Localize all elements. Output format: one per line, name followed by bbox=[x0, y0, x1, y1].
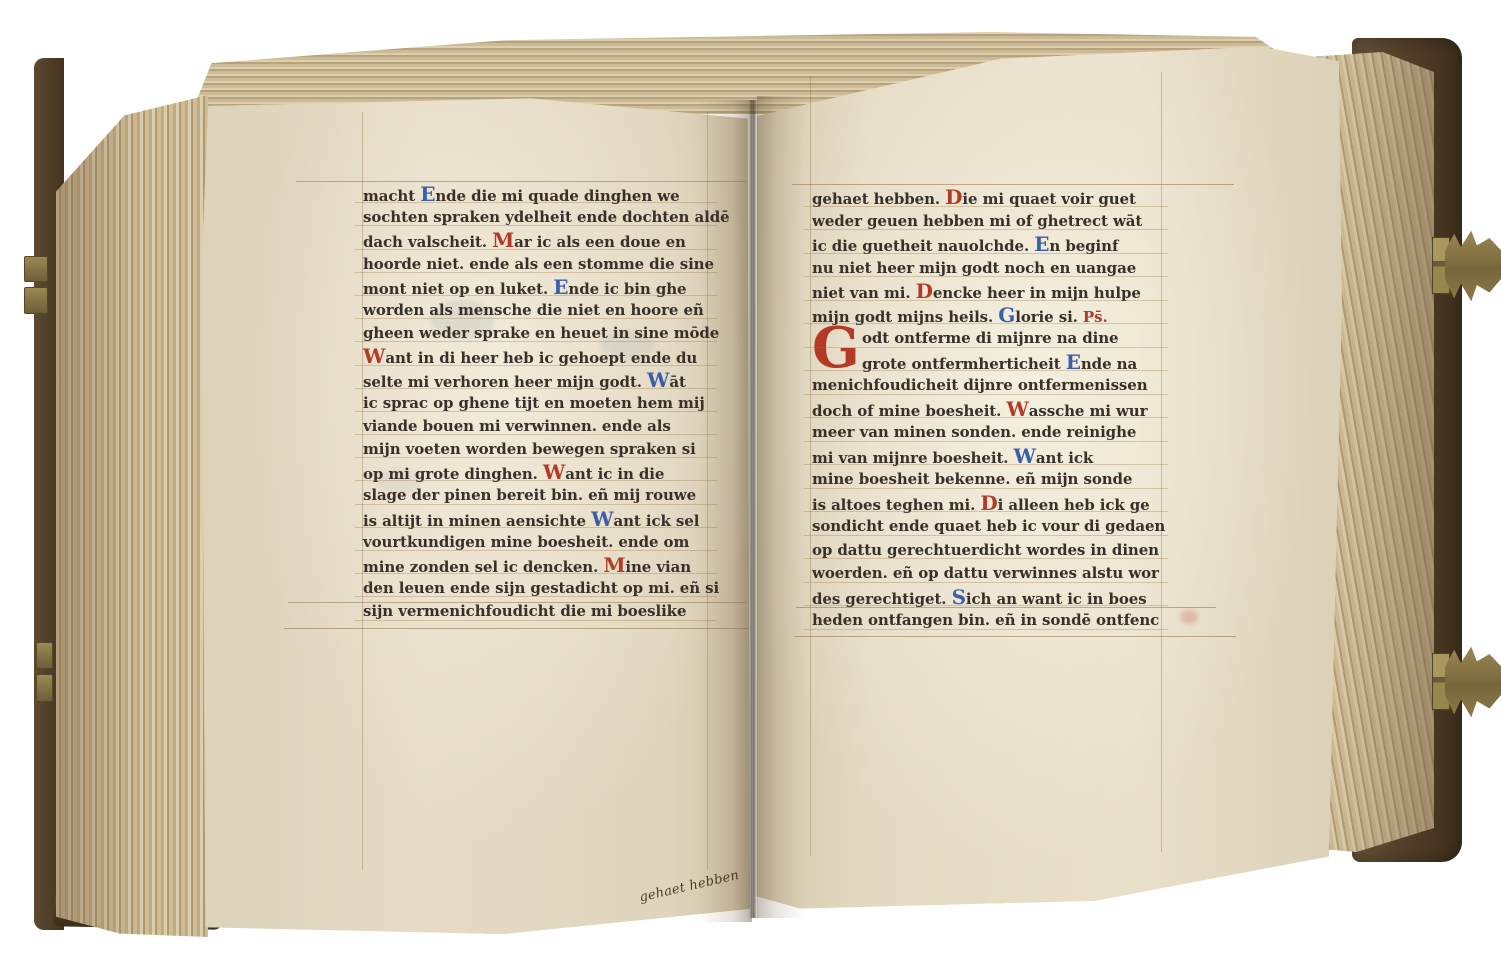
text-line: meer van minen sonden. ende reinighe bbox=[812, 421, 1164, 445]
initial-letter: M bbox=[492, 228, 514, 252]
initial-letter: G bbox=[998, 303, 1015, 327]
text-segment: doch of mine boesheit. bbox=[812, 402, 1006, 420]
text-segment: vourtkundigen mine boesheit. ende om bbox=[363, 533, 689, 551]
text-segment: grote ontfermherticheit bbox=[862, 355, 1066, 373]
text-line: dach valscheit. Mar ic als een doue en bbox=[363, 229, 713, 252]
text-segment: nu niet heer mijn godt noch en uangae bbox=[812, 259, 1136, 277]
initial-letter: M bbox=[603, 553, 625, 577]
text-segment: lorie si. bbox=[1015, 308, 1083, 326]
text-segment: nde die mi quade dinghen we bbox=[435, 187, 679, 205]
text-segment: macht bbox=[363, 187, 420, 205]
text-segment: assche mi wur bbox=[1029, 402, 1148, 420]
initial-letter: D bbox=[916, 279, 933, 303]
text-line: slage der pinen bereit bin. eñ mij rouwe bbox=[363, 484, 713, 507]
text-segment: Ps̄. bbox=[1083, 308, 1108, 326]
text-segment: ant ick sel bbox=[613, 512, 699, 530]
clasp-bottom-right bbox=[1432, 642, 1501, 722]
initial-letter: E bbox=[1034, 232, 1049, 256]
catch-tab bbox=[24, 287, 48, 314]
left-page-text: macht Ende die mi quade dinghen wesochte… bbox=[363, 183, 713, 624]
text-segment: ant ic in die bbox=[565, 465, 664, 483]
text-line: ic sprac op ghene tijt en moeten hem mij bbox=[363, 392, 713, 415]
left-fore-edge-pages bbox=[56, 90, 208, 937]
text-line: hoorde niet. ende als een stomme die sin… bbox=[363, 253, 713, 276]
text-segment: nde na bbox=[1081, 355, 1137, 373]
text-line: mine boesheit bekenne. eñ mijn sonde bbox=[812, 468, 1164, 492]
catch-tab bbox=[36, 674, 53, 702]
gutter-shadow-right bbox=[757, 96, 805, 918]
text-line: ic die guetheit nauolchde. En beginf bbox=[812, 233, 1164, 257]
text-line: weder geuen hebben mi of ghetrect wāt bbox=[812, 210, 1164, 234]
text-segment: i alleen heb ick ge bbox=[998, 496, 1150, 514]
text-segment: ic die guetheit nauolchde. bbox=[812, 237, 1034, 255]
text-segment: nde ic bin ghe bbox=[568, 280, 686, 298]
clasp-catch-left-upper bbox=[24, 256, 46, 314]
text-segment: is altoes teghen mi. bbox=[812, 496, 980, 514]
text-segment: op mi grote dinghen. bbox=[363, 465, 543, 483]
text-line: mi van mijnre boesheit. Want ick bbox=[812, 445, 1164, 469]
text-segment: worden als mensche die niet en hoore eñ bbox=[363, 301, 704, 319]
ruling-line bbox=[284, 628, 748, 629]
text-segment: is altijt in minen aensichte bbox=[363, 512, 591, 530]
text-segment: gehaet hebben. bbox=[812, 190, 945, 208]
text-line: Want in di heer heb ic gehoept ende du bbox=[363, 345, 713, 368]
ruling-line bbox=[792, 184, 1234, 185]
ruling-line bbox=[810, 76, 811, 856]
text-segment: slage der pinen bereit bin. eñ mij rouwe bbox=[363, 486, 696, 504]
text-segment: ie mi quaet voir guet bbox=[962, 190, 1135, 208]
text-line: is altoes teghen mi. Di alleen heb ick g… bbox=[812, 492, 1164, 516]
initial-letter: D bbox=[980, 491, 997, 515]
text-segment: mine zonden sel ic dencken. bbox=[363, 558, 603, 576]
clasp-top-right bbox=[1432, 226, 1501, 306]
initial-letter: W bbox=[1006, 397, 1028, 421]
initial-letter: W bbox=[543, 460, 565, 484]
catch-tab bbox=[24, 256, 48, 282]
text-line: mijn godt mijns heils. Glorie si. Ps̄. bbox=[812, 304, 1164, 328]
text-segment: heden ontfangen bin. eñ in sondē ontfenc bbox=[812, 611, 1159, 629]
text-line: menichfoudicheit dijnre ontfermenissen bbox=[812, 374, 1164, 398]
text-segment: ant in di heer heb ic gehoept ende du bbox=[385, 349, 697, 367]
text-segment: menichfoudicheit dijnre ontfermenissen bbox=[812, 376, 1148, 394]
text-segment: des gerechtiget. bbox=[812, 590, 952, 608]
text-line: des gerechtiget. Sich an want ic in boes bbox=[812, 586, 1164, 610]
text-line: heden ontfangen bin. eñ in sondē ontfenc bbox=[812, 609, 1164, 633]
text-segment: mine boesheit bekenne. eñ mijn sonde bbox=[812, 470, 1132, 488]
initial-letter: W bbox=[363, 344, 385, 368]
text-segment: mijn voeten worden bewegen spraken si bbox=[363, 440, 696, 458]
text-line: macht Ende die mi quade dinghen we bbox=[363, 183, 713, 206]
text-segment: ar ic als een doue en bbox=[514, 233, 686, 251]
clasp-catch-left-lower bbox=[36, 642, 51, 702]
catch-tab bbox=[36, 642, 53, 669]
text-line: vourtkundigen mine boesheit. ende om bbox=[363, 531, 713, 554]
text-segment: viande bouen mi verwinnen. ende als bbox=[363, 417, 671, 435]
text-segment: dach valscheit. bbox=[363, 233, 492, 251]
text-segment: mont niet op en luket. bbox=[363, 280, 553, 298]
text-segment: selte mi verhoren heer mijn godt. bbox=[363, 373, 647, 391]
text-line: niet van mi. Dencke heer in mijn hulpe bbox=[812, 280, 1164, 304]
text-line: sijn vermenichfoudicht die mi boeslike bbox=[363, 600, 713, 623]
initial-letter: W bbox=[1014, 444, 1036, 468]
text-segment: ic sprac op ghene tijt en moeten hem mij bbox=[363, 394, 705, 412]
text-line: mont niet op en luket. Ende ic bin ghe bbox=[363, 276, 713, 299]
initial-letter: E bbox=[420, 182, 435, 206]
text-segment: odt ontferme di mijnre na dine bbox=[862, 329, 1118, 347]
initial-letter: W bbox=[591, 507, 613, 531]
text-segment: sochten spraken ydelheit ende dochten al… bbox=[363, 208, 730, 226]
text-line: sondicht ende quaet heb ic vour di gedae… bbox=[812, 515, 1164, 539]
manuscript-photo: { "book": { "description_colors": { "ink… bbox=[0, 0, 1501, 976]
initial-letter: W bbox=[647, 368, 669, 392]
text-segment: ine vian bbox=[625, 558, 691, 576]
text-segment: meer van minen sonden. ende reinighe bbox=[812, 423, 1136, 441]
text-line: mijn voeten worden bewegen spraken si bbox=[363, 438, 713, 461]
ruling-line bbox=[296, 181, 746, 182]
text-line: op dattu gerechtuerdicht wordes in dinen bbox=[812, 539, 1164, 563]
text-segment: op dattu gerechtuerdicht wordes in dinen bbox=[812, 541, 1159, 559]
clasp-strap bbox=[1445, 645, 1501, 719]
clasp-strap bbox=[1445, 229, 1501, 303]
text-segment: niet van mi. bbox=[812, 284, 916, 302]
text-segment: āt bbox=[669, 373, 685, 391]
text-segment: n beginf bbox=[1049, 237, 1118, 255]
text-segment: ich an want ic in boes bbox=[966, 590, 1147, 608]
text-segment: woerden. eñ op dattu verwinnes alstu wor bbox=[812, 564, 1159, 582]
text-line: gheen weder sprake en heuet in sine mōde bbox=[363, 322, 713, 345]
text-line: Godt ontferme di mijnre na dine bbox=[812, 327, 1164, 351]
text-segment: weder geuen hebben mi of ghetrect wāt bbox=[812, 212, 1142, 230]
initial-letter: E bbox=[553, 275, 568, 299]
text-segment: sijn vermenichfoudicht die mi boeslike bbox=[363, 602, 686, 620]
text-line: is altijt in minen aensichte Want ick se… bbox=[363, 508, 713, 531]
text-segment: mi van mijnre boesheit. bbox=[812, 449, 1014, 467]
initial-letter: E bbox=[1066, 350, 1081, 374]
ruling-line bbox=[794, 636, 1236, 637]
text-line: woerden. eñ op dattu verwinnes alstu wor bbox=[812, 562, 1164, 586]
text-line: mine zonden sel ic dencken. Mine vian bbox=[363, 554, 713, 577]
text-line: doch of mine boesheit. Wassche mi wur bbox=[812, 398, 1164, 422]
text-line: den leuen ende sijn gestadicht op mi. eñ… bbox=[363, 577, 713, 600]
stain bbox=[1180, 610, 1198, 624]
text-line: viande bouen mi verwinnen. ende als bbox=[363, 415, 713, 438]
text-segment: den leuen ende sijn gestadicht op mi. eñ… bbox=[363, 579, 719, 597]
text-segment: hoorde niet. ende als een stomme die sin… bbox=[363, 255, 714, 273]
text-segment: sondicht ende quaet heb ic vour di gedae… bbox=[812, 517, 1165, 535]
text-line: worden als mensche die niet en hoore eñ bbox=[363, 299, 713, 322]
text-line: selte mi verhoren heer mijn godt. Wāt bbox=[363, 369, 713, 392]
text-line: nu niet heer mijn godt noch en uangae bbox=[812, 257, 1164, 281]
text-segment: encke heer in mijn hulpe bbox=[933, 284, 1141, 302]
initial-letter: D bbox=[945, 185, 962, 209]
text-line: op mi grote dinghen. Want ic in die bbox=[363, 461, 713, 484]
text-segment: gheen weder sprake en heuet in sine mōde bbox=[363, 324, 719, 342]
text-line: sochten spraken ydelheit ende dochten al… bbox=[363, 206, 713, 229]
text-line: gehaet hebben. Die mi quaet voir guet bbox=[812, 186, 1164, 210]
right-page-text: gehaet hebben. Die mi quaet voir guetwed… bbox=[812, 186, 1164, 633]
text-segment: ant ick bbox=[1036, 449, 1093, 467]
text-line: grote ontfermherticheit Ende na bbox=[812, 351, 1164, 375]
initial-letter: S bbox=[952, 585, 966, 609]
